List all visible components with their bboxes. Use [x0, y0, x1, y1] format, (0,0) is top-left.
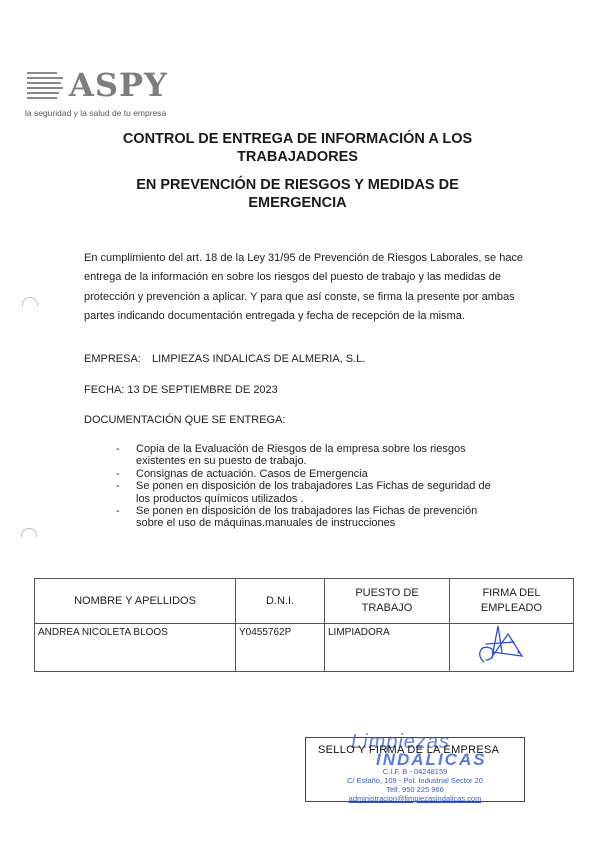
list-item: Copia de la Evaluación de Riesgos de la … — [116, 443, 496, 468]
header-puesto: PUESTO DE TRABAJO — [325, 579, 450, 624]
employee-table: NOMBRE Y APELLIDOS D.N.I. PUESTO DE TRAB… — [34, 578, 574, 672]
documentos-list: Copia de la Evaluación de Riesgos de la … — [116, 443, 496, 530]
intro-paragraph: En cumplimiento del art. 18 de la Ley 31… — [84, 249, 524, 326]
header-firma: FIRMA DEL EMPLEADO — [450, 579, 574, 624]
cell-puesto: LIMPIADORA — [325, 624, 450, 672]
list-item: Se ponen en disposición de los trabajado… — [116, 505, 496, 530]
fecha-line: FECHA: 13 DE SEPTIEMBRE DE 2023 — [84, 384, 278, 396]
punch-hole-icon — [22, 297, 38, 306]
documentacion-label: DOCUMENTACIÓN QUE SE ENTREGA: — [84, 414, 285, 426]
stamp-phone: Telf. 950 225 966 — [306, 785, 524, 794]
logo-stripes-icon — [27, 72, 63, 100]
cell-firma — [450, 624, 574, 672]
empresa-label: EMPRESA: — [84, 353, 152, 365]
stamp-cif: C.I.F. B - 04248159 — [306, 767, 524, 776]
header-nombre: NOMBRE Y APELLIDOS — [35, 579, 236, 624]
empresa-value: LIMPIEZAS INDALICAS DE ALMERIA, S.L. — [152, 353, 365, 365]
stamp-label: SELLO Y FIRMA DE LA EMPRESA — [318, 744, 499, 756]
subtitle-line-1: EN PREVENCIÓN DE RIESGOS Y MEDIDAS DE — [0, 176, 595, 195]
table-row: ANDREA NICOLETA BLOOS Y0455762P LIMPIADO… — [35, 624, 574, 672]
punch-hole-icon — [21, 528, 37, 537]
stamp-email: administracion@limpiezasindalicas.com — [306, 794, 524, 803]
logo-tagline: la seguridad y la salud de tu empresa — [25, 108, 166, 118]
title-line-1: CONTROL DE ENTREGA DE INFORMACIÓN A LOS — [0, 130, 595, 149]
stamp-address: C/ Estaño, 109 - Pol. Industrial Sector … — [306, 776, 524, 785]
list-item: Consignas de actuación. Casos de Emergen… — [116, 468, 496, 480]
aspy-logo: ASPY — [27, 70, 187, 110]
cell-nombre: ANDREA NICOLETA BLOOS — [35, 624, 236, 672]
list-item: Se ponen en disposición de los trabajado… — [116, 480, 496, 505]
signature-icon — [472, 622, 532, 666]
logo-text: ASPY — [69, 66, 168, 104]
company-stamp-box: Limpiezas INDALICAS SELLO Y FIRMA DE LA … — [305, 737, 525, 802]
table-header-row: NOMBRE Y APELLIDOS D.N.I. PUESTO DE TRAB… — [35, 579, 574, 624]
header-dni: D.N.I. — [236, 579, 325, 624]
subtitle-line-2: EMERGENCIA — [0, 194, 595, 213]
cell-dni: Y0455762P — [236, 624, 325, 672]
empresa-line: EMPRESA:LIMPIEZAS INDALICAS DE ALMERIA, … — [84, 353, 365, 365]
title-line-2: TRABAJADORES — [0, 148, 595, 167]
